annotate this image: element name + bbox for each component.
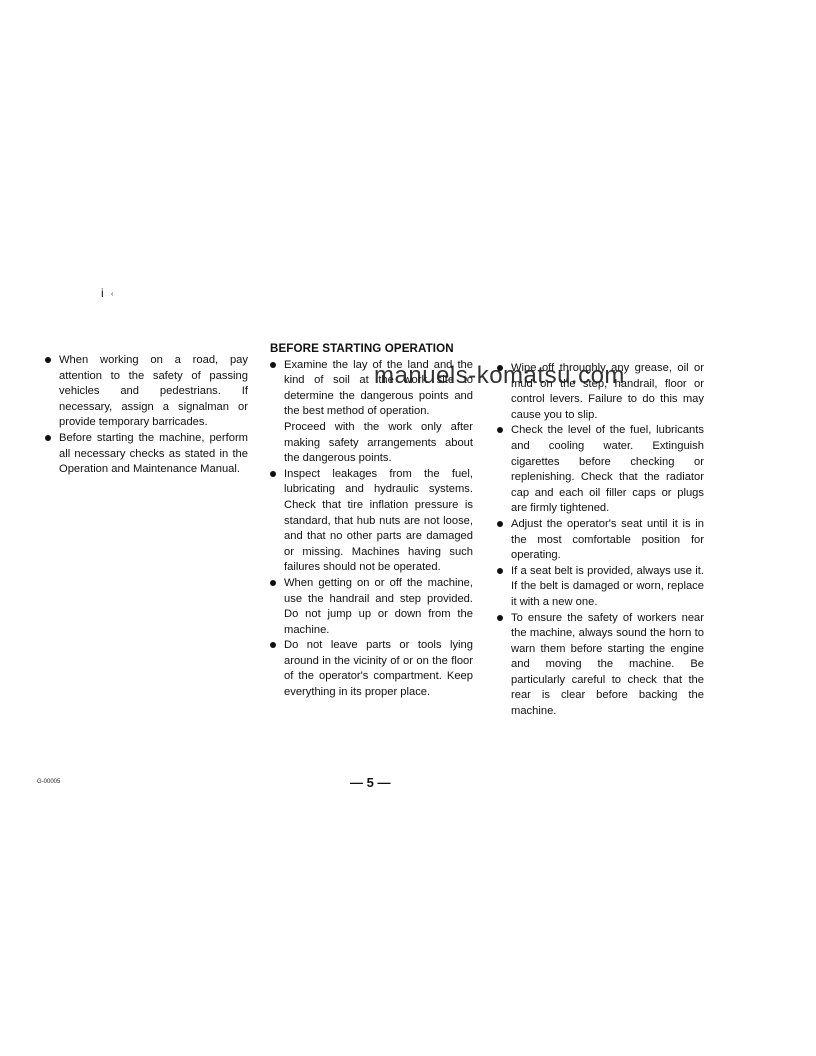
list-item: Do not leave parts or tools lying around…: [270, 638, 473, 700]
right-column: Wipe off throughly any grease, oil or mu…: [497, 361, 704, 720]
document-code: G-00005: [37, 779, 60, 785]
bullet-icon: [45, 435, 51, 441]
list-item: To ensure the safety of workers near the…: [497, 611, 704, 720]
list-item: Inspect leakages from the fuel, lubricat…: [270, 467, 473, 576]
bullet-icon: [497, 615, 503, 621]
list-item: If a seat belt is provided, always use i…: [497, 564, 704, 611]
list-item: Check the level of the fuel, lubricants …: [497, 423, 704, 517]
list-item: When getting on or off the machine, use …: [270, 576, 473, 638]
stray-mark: i: [101, 286, 104, 300]
list-item: Adjust the operator's seat until it is i…: [497, 517, 704, 564]
safety-list-middle: Examine the lay of the land and the kind…: [270, 358, 473, 701]
bullet-icon: [270, 362, 276, 368]
section-heading: BEFORE STARTING OPERATION: [270, 341, 473, 357]
bullet-icon: [270, 580, 276, 586]
stray-mark-small: ‹: [111, 291, 113, 298]
bullet-icon: [270, 642, 276, 648]
page-number: — 5 —: [350, 775, 390, 790]
list-item: Before starting the machine, perform all…: [45, 431, 248, 478]
middle-column: BEFORE STARTING OPERATION Examine the la…: [270, 341, 473, 701]
bullet-icon: [45, 357, 51, 363]
bullet-icon: [497, 521, 503, 527]
bullet-icon: [497, 568, 503, 574]
bullet-icon: [497, 427, 503, 433]
safety-list-left: When working on a road, pay attention to…: [45, 353, 248, 478]
watermark: manuels-komatsu.com: [374, 362, 625, 390]
left-column: When working on a road, pay attention to…: [45, 353, 248, 478]
bullet-icon: [270, 471, 276, 477]
list-item: When working on a road, pay attention to…: [45, 353, 248, 431]
safety-list-right: Wipe off throughly any grease, oil or mu…: [497, 361, 704, 720]
